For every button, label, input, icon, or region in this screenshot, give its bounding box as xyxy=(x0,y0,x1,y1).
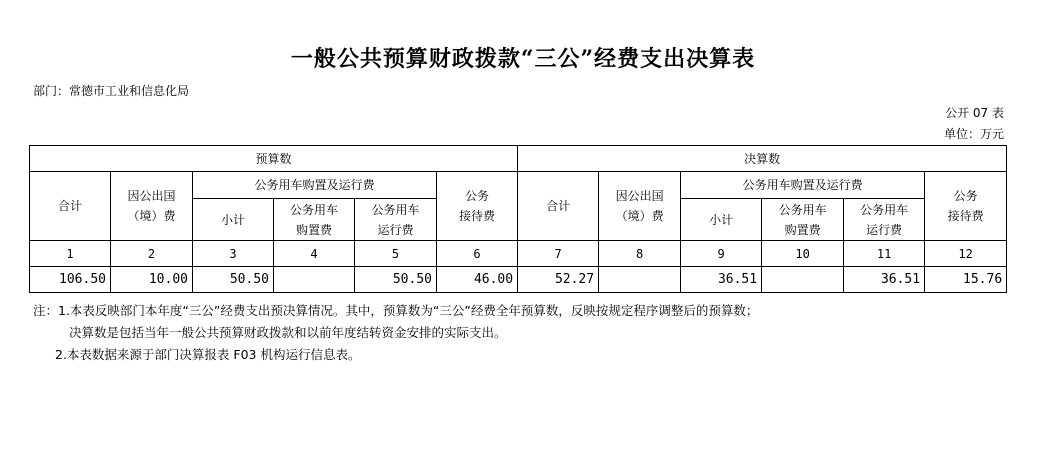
header-line: （境）费 xyxy=(599,206,680,226)
final-operation-header: 公务用车 运行费 xyxy=(844,199,925,241)
final-vehicle-header: 公务用车购置及运行费 xyxy=(681,172,925,199)
budget-abroad-value: 10.00 xyxy=(111,267,193,293)
header-line: 购置费 xyxy=(274,220,354,240)
budget-total-value: 106.50 xyxy=(30,267,111,293)
header-line: 接待费 xyxy=(925,206,1006,226)
index-cell: 9 xyxy=(681,241,762,267)
index-row: 1 2 3 4 5 6 7 8 9 10 11 12 xyxy=(30,241,1007,267)
header-line: 公务 xyxy=(437,186,517,206)
table-number: 公开 07 表 xyxy=(945,104,1004,121)
final-abroad-header: 因公出国 （境）费 xyxy=(599,172,681,241)
budget-operation-value: 50.50 xyxy=(355,267,437,293)
index-cell: 6 xyxy=(437,241,518,267)
final-reception-header: 公务 接待费 xyxy=(925,172,1007,241)
final-group-header: 决算数 xyxy=(518,146,1007,172)
index-cell: 2 xyxy=(111,241,193,267)
header-line: 公务用车 xyxy=(274,200,354,220)
notes: 注：1.本表反映部门本年度“三公”经费支出预决算情况。其中，预算数为“三公”经费… xyxy=(33,300,758,366)
index-cell: 10 xyxy=(762,241,844,267)
budget-total-header: 合计 xyxy=(30,172,111,241)
index-cell: 7 xyxy=(518,241,599,267)
index-cell: 12 xyxy=(925,241,1007,267)
unit-label: 单位：万元 xyxy=(944,125,1004,142)
header-line: 运行费 xyxy=(844,220,924,240)
budget-purchase-value xyxy=(274,267,355,293)
final-subtotal-value: 36.51 xyxy=(681,267,762,293)
final-subtotal-header: 小计 xyxy=(681,199,762,241)
index-cell: 3 xyxy=(193,241,274,267)
index-cell: 4 xyxy=(274,241,355,267)
note-line-3: 2.本表数据来源于部门决算报表 F03 机构运行信息表。 xyxy=(33,344,758,366)
value-row: 106.50 10.00 50.50 50.50 46.00 52.27 36.… xyxy=(30,267,1007,293)
budget-subtotal-header: 小计 xyxy=(193,199,274,241)
budget-operation-header: 公务用车 运行费 xyxy=(355,199,437,241)
header-line: 购置费 xyxy=(762,220,843,240)
index-cell: 5 xyxy=(355,241,437,267)
budget-vehicle-header: 公务用车购置及运行费 xyxy=(193,172,437,199)
final-reception-value: 15.76 xyxy=(925,267,1007,293)
index-cell: 1 xyxy=(30,241,111,267)
header-line: 公务 xyxy=(925,186,1006,206)
final-total-header: 合计 xyxy=(518,172,599,241)
header-line: 接待费 xyxy=(437,206,517,226)
index-cell: 8 xyxy=(599,241,681,267)
header-line: （境）费 xyxy=(111,206,192,226)
final-purchase-header: 公务用车 购置费 xyxy=(762,199,844,241)
header-line: 公务用车 xyxy=(844,200,924,220)
department-label: 部门：常德市工业和信息化局 xyxy=(33,82,189,99)
final-total-value: 52.27 xyxy=(518,267,599,293)
header-line: 因公出国 xyxy=(111,186,192,206)
budget-subtotal-value: 50.50 xyxy=(193,267,274,293)
header-line: 公务用车 xyxy=(355,200,436,220)
budget-reception-header: 公务 接待费 xyxy=(437,172,518,241)
note-line-2: 决算数是包括当年一般公共预算财政拨款和以前年度结转资金安排的实际支出。 xyxy=(33,322,758,344)
budget-abroad-header: 因公出国 （境）费 xyxy=(111,172,193,241)
header-line: 运行费 xyxy=(355,220,436,240)
budget-purchase-header: 公务用车 购置费 xyxy=(274,199,355,241)
budget-reception-value: 46.00 xyxy=(437,267,518,293)
final-purchase-value xyxy=(762,267,844,293)
header-line: 因公出国 xyxy=(599,186,680,206)
index-cell: 11 xyxy=(844,241,925,267)
header-line: 公务用车 xyxy=(762,200,843,220)
final-operation-value: 36.51 xyxy=(844,267,925,293)
budget-group-header: 预算数 xyxy=(30,146,518,172)
three-public-expenses-table: 预算数 决算数 合计 因公出国 （境）费 公务用车购置及运行费 公务 接待费 合… xyxy=(29,145,1007,293)
page-title: 一般公共预算财政拨款“三公”经费支出决算表 xyxy=(0,42,1046,73)
note-line-1: 注：1.本表反映部门本年度“三公”经费支出预决算情况。其中，预算数为“三公”经费… xyxy=(33,300,758,322)
final-abroad-value xyxy=(599,267,681,293)
